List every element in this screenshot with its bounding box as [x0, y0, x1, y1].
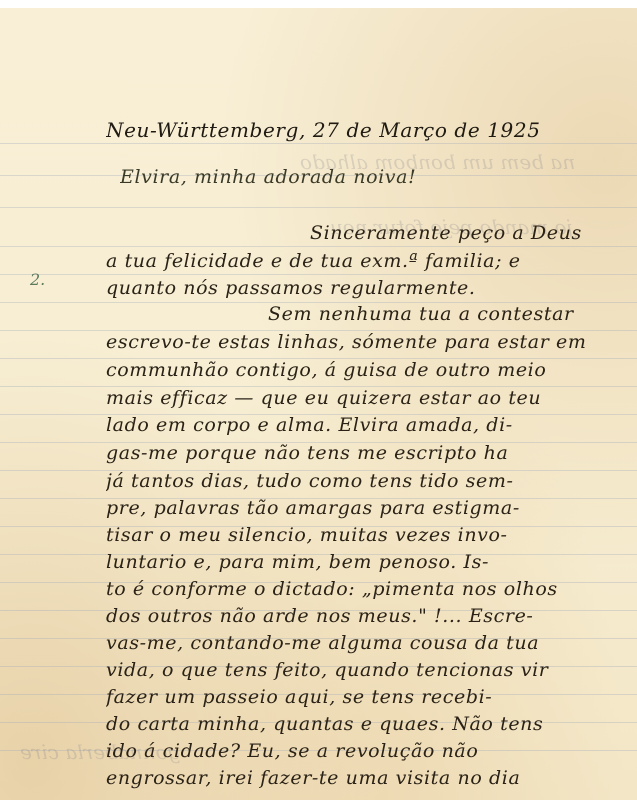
letter-line: gas-me porque não tens me escripto ha	[106, 442, 637, 464]
letter-line: escrevo-te estas linhas, sómente para es…	[106, 331, 637, 353]
letter-salutation: Elvira, minha adorada noiva!	[120, 166, 637, 188]
letter-line: ido á cidade? Eu, se a revolução não	[106, 740, 637, 762]
letter-line: quanto nós passamos regularmente.	[106, 277, 637, 299]
letter-line: Sem nenhuma tua a contestar	[268, 303, 637, 325]
scan-border	[0, 0, 637, 8]
letter-line: já tantos dias, tudo como tens tido sem-	[106, 470, 637, 492]
letter-line: dos outros não arde nos meus." !... Escr…	[106, 605, 637, 627]
letter-line: lado em corpo e alma. Elvira amada, di-	[106, 414, 637, 436]
letter-line: pre, palavras tão amargas para estigma-	[106, 497, 637, 519]
letter-line: luntario e, para mim, bem penoso. Is-	[106, 551, 637, 573]
ruled-line	[0, 246, 637, 247]
ruled-line	[0, 143, 637, 144]
letter-line: communhão contigo, á guisa de outro meio	[106, 359, 637, 381]
letter-line: fazer um passeio aqui, se tens recebi-	[106, 686, 637, 708]
letter-line: to é conforme o dictado: „pimenta nos ol…	[106, 578, 637, 600]
letter-line: mais efficaz — que eu quizera estar ao t…	[106, 387, 637, 409]
letter-line: do carta minha, quantas e quaes. Não ten…	[106, 713, 637, 735]
margin-mark: 2.	[30, 270, 45, 289]
letter-line: Sinceramente peço a Deus	[310, 222, 637, 244]
letter-line: vas-me, contando-me alguma cousa da tua	[106, 632, 637, 654]
letter-heading-date: Neu-Württemberg, 27 de Março de 1925	[106, 118, 637, 142]
letter-line: vida, o que tens feito, quando tencionas…	[106, 659, 637, 681]
ruled-line	[0, 207, 637, 208]
letter-line: tisar o meu silencio, muitas vezes invo-	[106, 524, 637, 546]
ruled-line	[0, 274, 637, 275]
letter-page: na bem um bonbom alhado jo mando pejo fo…	[0, 0, 637, 800]
letter-line: engrossar, irei fazer-te uma visita no d…	[106, 767, 637, 789]
letter-line: a tua felicidade e de tua exm.ª familia;…	[106, 250, 637, 272]
